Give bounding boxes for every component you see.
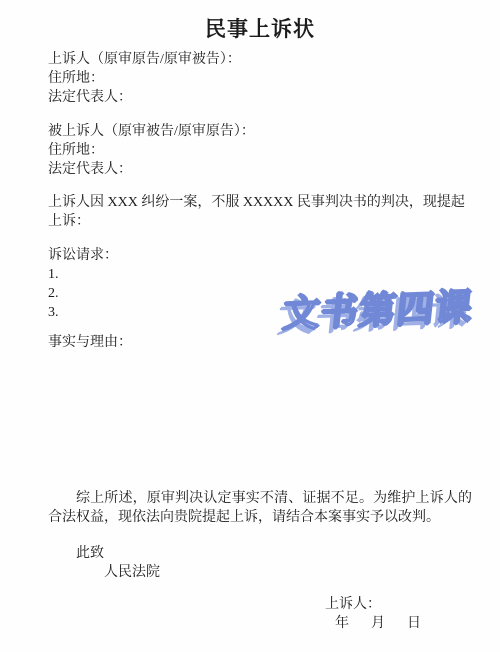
claim-item: 3. xyxy=(48,303,472,322)
signature-appellant-label: 上诉人： xyxy=(325,595,472,614)
appellant-section: 上诉人（原审原告/原审被告）： 住所地： 法定代表人： xyxy=(48,50,472,107)
claim-item: 1. xyxy=(48,265,472,284)
appellant-address-line: 住所地： xyxy=(48,69,472,88)
signature-section: 上诉人： 年 月 日 xyxy=(325,595,472,633)
appellant-legal-rep-line: 法定代表人： xyxy=(48,88,472,107)
appellee-legal-rep-line: 法定代表人： xyxy=(48,160,472,179)
appellee-section: 被上诉人（原审被告/原审原告）： 住所地： 法定代表人： xyxy=(48,122,472,179)
closing-section: 此致 人民法院 xyxy=(48,544,472,582)
claim-item: 2. xyxy=(48,284,472,303)
claims-heading: 诉讼请求： xyxy=(48,246,472,265)
appellee-address-line: 住所地： xyxy=(48,141,472,160)
closing-salute: 此致 xyxy=(48,544,472,563)
case-statement: 上诉人因 XXX 纠纷一案，不服 XXXXX 民事判决书的判决，现提起上诉： xyxy=(48,193,472,231)
facts-heading: 事实与理由： xyxy=(48,333,472,352)
document-title: 民事上诉状 xyxy=(48,16,472,43)
appellee-party-line: 被上诉人（原审被告/原审原告）： xyxy=(48,122,472,141)
claims-section: 诉讼请求： 1. 2. 3. xyxy=(48,246,472,322)
civil-appeal-document: 民事上诉状 上诉人（原审原告/原审被告）： 住所地： 法定代表人： 被上诉人（原… xyxy=(0,0,500,652)
conclusion-paragraph: 综上所述，原审判决认定事实不清、证据不足。为维护上诉人的合法权益，现依法向贵院提… xyxy=(48,489,472,527)
appellant-party-line: 上诉人（原审原告/原审被告）： xyxy=(48,50,472,69)
signature-date-line: 年 月 日 xyxy=(325,614,472,633)
closing-court: 人民法院 xyxy=(48,563,472,582)
